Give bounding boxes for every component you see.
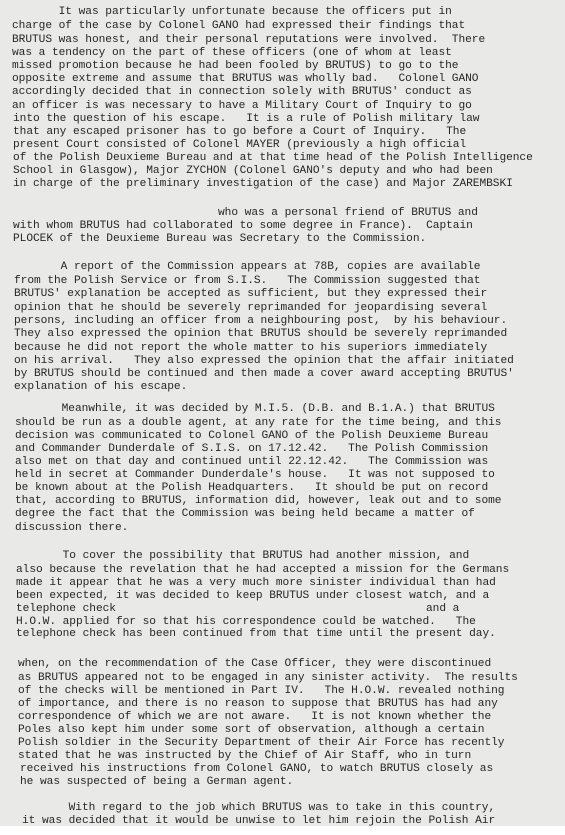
text-line: it was decided that it would be unwise t…: [22, 815, 495, 828]
text-line: and Commander Dunderdale of S.I.S. on 17…: [15, 443, 488, 456]
text-line: It was particularly unfortunate because …: [12, 6, 452, 19]
text-line: received his instructions from Colonel G…: [20, 763, 493, 776]
text-line: because he did not report the whole matt…: [14, 342, 487, 355]
text-line: stated that he was instructed by the Chi…: [18, 750, 471, 763]
text-line: by BRUTUS should be continued and then m…: [14, 368, 514, 381]
text-line: he was suspected of being a German agent…: [20, 776, 293, 789]
text-line: of the checks will be mentioned in Part …: [18, 685, 504, 698]
text-line: To cover the possibility that BRUTUS had…: [16, 550, 469, 563]
text-line: on his arrival. They also expressed the …: [14, 355, 514, 368]
text-line: was a tendency on the part of these offi…: [12, 47, 452, 60]
text-line: be known about at the Polish Headquarter…: [15, 482, 488, 495]
text-line: and a: [426, 603, 459, 616]
text-line: from the Polish Service or from S.I.S. T…: [14, 275, 480, 288]
text-line: A report of the Commission appears at 78…: [14, 261, 480, 274]
text-line: Polish soldier in the Security Departmen…: [18, 737, 504, 750]
text-line: in charge of the preliminary investigati…: [13, 178, 513, 191]
text-line: also because the revelation that he had …: [16, 564, 509, 577]
text-line: With regard to the job which BRUTUS was …: [22, 802, 495, 815]
text-line: accordingly decided that in connection s…: [12, 86, 472, 99]
text-line: discussion there.: [15, 522, 128, 535]
text-line: held in secret at Commander Dunderdale's…: [15, 469, 495, 482]
text-line: of the Polish Deuxieme Bureau and at tha…: [13, 152, 533, 165]
text-line: They also expressed the opinion that BRU…: [14, 328, 507, 341]
text-line: persons, including an officer from a nei…: [14, 315, 507, 328]
text-line: been expected, it was decided to keep BR…: [16, 590, 489, 603]
text-line: telephone check: [16, 603, 116, 616]
text-line: who was a personal friend of BRUTUS and: [218, 207, 478, 220]
text-line: present Court consisted of Colonel MAYER…: [13, 139, 466, 152]
text-line: Poles also kept him under some sort of o…: [18, 724, 484, 737]
text-line: should be run as a double agent, at any …: [15, 417, 501, 430]
typewritten-page: It was particularly unfortunate because …: [0, 0, 565, 826]
text-line: made it appear that he was a very much m…: [16, 577, 496, 590]
text-line: charge of the case by Colonel GANO had e…: [12, 20, 465, 33]
text-line: degree the fact that the Commission was …: [15, 508, 475, 521]
text-line: decision was communicated to Colonel GAN…: [15, 430, 488, 443]
text-line: missed promotion because he had been foo…: [12, 60, 458, 73]
text-line: Meanwhile, it was decided by M.I.5. (D.B…: [15, 403, 495, 416]
text-line: School in Glasgow), Major ZYCHON (Colone…: [13, 165, 493, 178]
text-line: also met on that day and continued until…: [15, 456, 488, 469]
text-line: telephone check has been continued from …: [16, 628, 496, 641]
text-line: an officer is was necessary to have a Mi…: [12, 100, 472, 113]
text-line: into the question of his escape. It is a…: [13, 113, 479, 126]
text-line: PLOCEK of the Deuxieme Bureau was Secret…: [13, 233, 426, 246]
text-line: of importance, and there is no reason to…: [18, 698, 498, 711]
text-line: opposite extreme and assume that BRUTUS …: [12, 73, 478, 86]
text-line: correspondence of which we are not aware…: [18, 711, 491, 724]
text-line: when, on the recommendation of the Case …: [18, 658, 491, 671]
text-line: BRUTUS was honest, and their personal re…: [12, 34, 485, 47]
text-line: that any escaped prisoner has to go befo…: [13, 126, 466, 139]
text-line: that, according to BRUTUS, information d…: [15, 495, 501, 508]
text-line: BRUTUS' explanation be accepted as suffi…: [14, 288, 487, 301]
text-line: explanation of his escape.: [14, 381, 187, 394]
text-line: with whom BRUTUS had collaborated to som…: [13, 220, 473, 233]
text-line: opinion that he should be severely repri…: [14, 302, 487, 315]
text-line: as BRUTUS appeared not to be engaged in …: [18, 672, 518, 685]
